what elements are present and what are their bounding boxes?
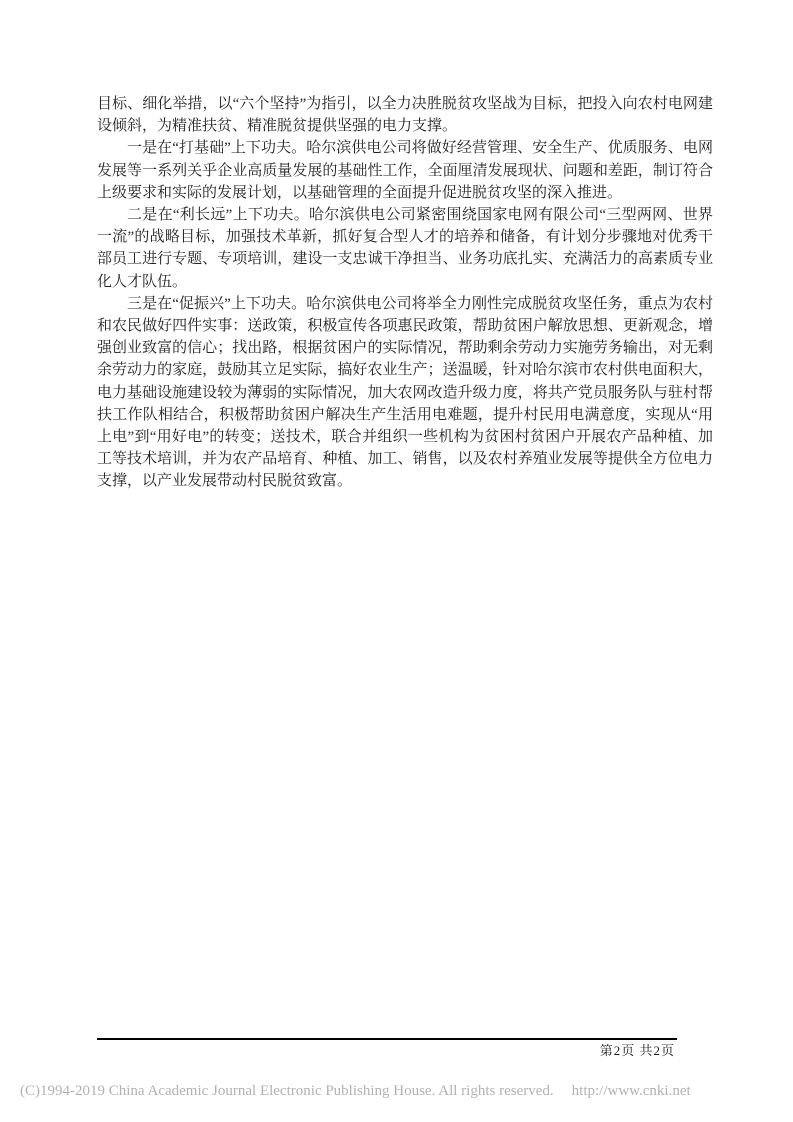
footer-divider [97, 1038, 677, 1040]
document-page: 目标、细化举措，以“六个坚持”为指引，以全力决胜脱贫攻坚战为目标，把投入向农村电… [0, 0, 793, 1122]
copyright-text: (C)1994-2019 China Academic Journal Elec… [20, 1083, 554, 1099]
copyright-line: (C)1994-2019 China Academic Journal Elec… [20, 1082, 780, 1100]
paragraph: 二是在“利长远”上下功夫。哈尔滨供电公司紧密围绕国家电网有限公司“三型两网、世界… [97, 204, 713, 293]
page-indicator: 第2页 共2页 [97, 1043, 675, 1059]
copyright-url: http://www.cnki.net [572, 1083, 691, 1099]
document-body: 目标、细化举措，以“六个坚持”为指引，以全力决胜脱贫攻坚战为目标，把投入向农村电… [97, 93, 713, 493]
paragraph: 一是在“打基础”上下功夫。哈尔滨供电公司将做好经营管理、安全生产、优质服务、电网… [97, 137, 713, 204]
paragraph: 目标、细化举措，以“六个坚持”为指引，以全力决胜脱贫攻坚战为目标，把投入向农村电… [97, 93, 713, 137]
paragraph: 三是在“促振兴”上下功夫。哈尔滨供电公司将举全力刚性完成脱贫攻坚任务，重点为农村… [97, 293, 713, 493]
